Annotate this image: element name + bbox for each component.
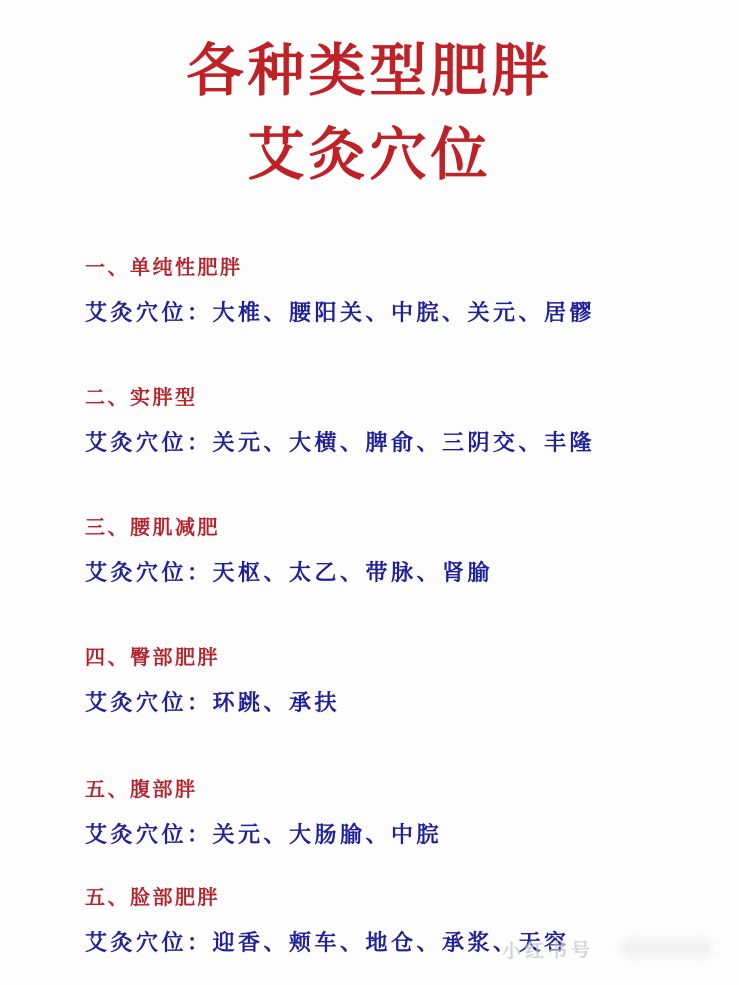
section-heading: 四、臀部肥胖 (85, 644, 699, 672)
section-heading: 二、实胖型 (85, 384, 699, 412)
card-page: 各种类型肥胖 艾灸穴位 一、单纯性肥胖 艾灸穴位：大椎、腰阳关、中脘、关元、居髎… (0, 0, 739, 985)
acupoint-sections: 一、单纯性肥胖 艾灸穴位：大椎、腰阳关、中脘、关元、居髎 二、实胖型 艾灸穴位：… (0, 0, 739, 985)
section-face-obesity: 五、脸部肥胖 艾灸穴位：迎香、颊车、地仓、承浆、天容 (85, 884, 699, 958)
section-acupoints: 艾灸穴位：天枢、太乙、带脉、肾腧 (85, 558, 699, 588)
section-waist-slimming: 三、腰肌减肥 艾灸穴位：天枢、太乙、带脉、肾腧 (85, 514, 699, 588)
section-acupoints: 艾灸穴位：迎香、颊车、地仓、承浆、天容 (85, 928, 699, 958)
section-acupoints: 艾灸穴位：环跳、承扶 (85, 688, 699, 718)
section-solid-fat-type: 二、实胖型 艾灸穴位：关元、大横、脾俞、三阴交、丰隆 (85, 384, 699, 458)
section-belly-fat: 五、腹部胖 艾灸穴位：关元、大肠腧、中脘 (85, 776, 699, 850)
section-heading: 一、单纯性肥胖 (85, 254, 699, 282)
section-heading: 三、腰肌减肥 (85, 514, 699, 542)
section-heading: 五、脸部肥胖 (85, 884, 699, 912)
section-acupoints: 艾灸穴位：关元、大横、脾俞、三阴交、丰隆 (85, 428, 699, 458)
section-heading: 五、腹部胖 (85, 776, 699, 804)
section-acupoints: 艾灸穴位：大椎、腰阳关、中脘、关元、居髎 (85, 298, 699, 328)
section-hip-obesity: 四、臀部肥胖 艾灸穴位：环跳、承扶 (85, 644, 699, 718)
section-acupoints: 艾灸穴位：关元、大肠腧、中脘 (85, 820, 699, 850)
section-simple-obesity: 一、单纯性肥胖 艾灸穴位：大椎、腰阳关、中脘、关元、居髎 (85, 254, 699, 328)
